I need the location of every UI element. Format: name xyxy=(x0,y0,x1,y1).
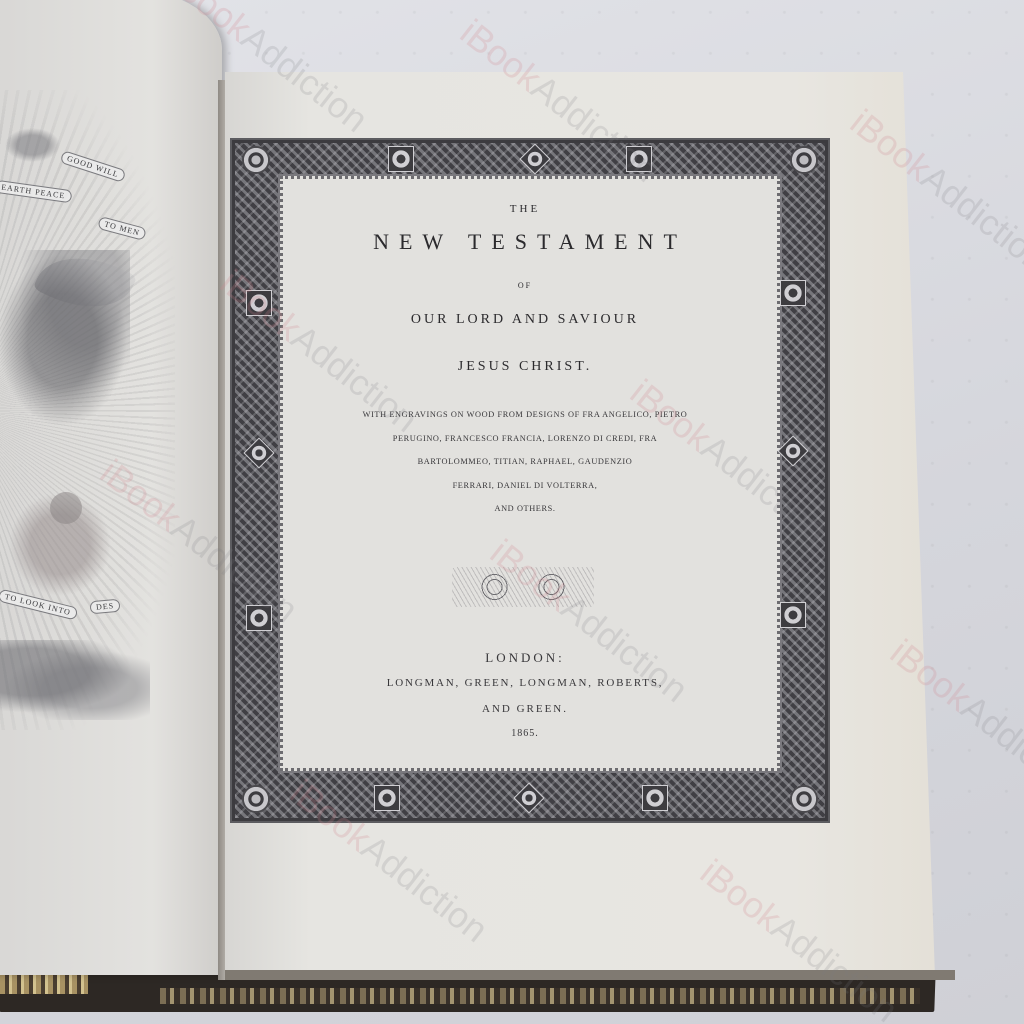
square-tile-icon xyxy=(626,146,652,172)
dove-engraving xyxy=(0,125,65,165)
imprint-publisher-cont: AND GREEN. xyxy=(340,703,710,715)
scroll-ornament-icon xyxy=(452,567,594,607)
imprint-publisher: LONGMAN, GREEN, LONGMAN, ROBERTS, xyxy=(340,677,710,689)
cherub-head xyxy=(50,492,82,524)
title-of: OF xyxy=(300,281,750,290)
square-tile-icon xyxy=(642,785,668,811)
imprint-year: 1865. xyxy=(340,728,710,739)
rosette-icon xyxy=(242,785,270,813)
square-tile-icon xyxy=(780,602,806,628)
rosette-icon xyxy=(790,146,818,174)
square-tile-icon xyxy=(246,290,272,316)
title-the: THE xyxy=(300,203,750,215)
photo-scene: GOOD WILL EARTH PEACE TO MEN TO LOOK INT… xyxy=(0,0,1024,1024)
clouds-engraving xyxy=(0,640,150,720)
engravings-credit: WITH ENGRAVINGS ON WOOD FROM DESIGNS OF … xyxy=(300,403,750,521)
gilt-tooling xyxy=(160,988,920,1004)
credit-line: FERRARI, DANIEL DI VOLTERRA, xyxy=(300,474,750,498)
square-tile-icon xyxy=(246,605,272,631)
square-tile-icon xyxy=(388,146,414,172)
page-block-edge xyxy=(225,970,955,980)
subtitle: OUR LORD AND SAVIOUR xyxy=(300,312,750,328)
credit-line: PERUGINO, FRANCESCO FRANCIA, LORENZO DI … xyxy=(300,427,750,451)
square-tile-icon xyxy=(374,785,400,811)
credit-line: BARTOLOMMEO, TITIAN, RAPHAEL, GAUDENZIO xyxy=(300,450,750,474)
rosette-icon xyxy=(790,785,818,813)
imprint-city: LONDON: xyxy=(340,650,710,666)
credit-line: AND OTHERS. xyxy=(300,497,750,521)
book-title: NEW TESTAMENT xyxy=(300,229,750,255)
square-tile-icon xyxy=(780,280,806,306)
subtitle-name: JESUS CHRIST. xyxy=(300,359,750,375)
rosette-icon xyxy=(242,146,270,174)
credit-line: WITH ENGRAVINGS ON WOOD FROM DESIGNS OF … xyxy=(300,403,750,427)
